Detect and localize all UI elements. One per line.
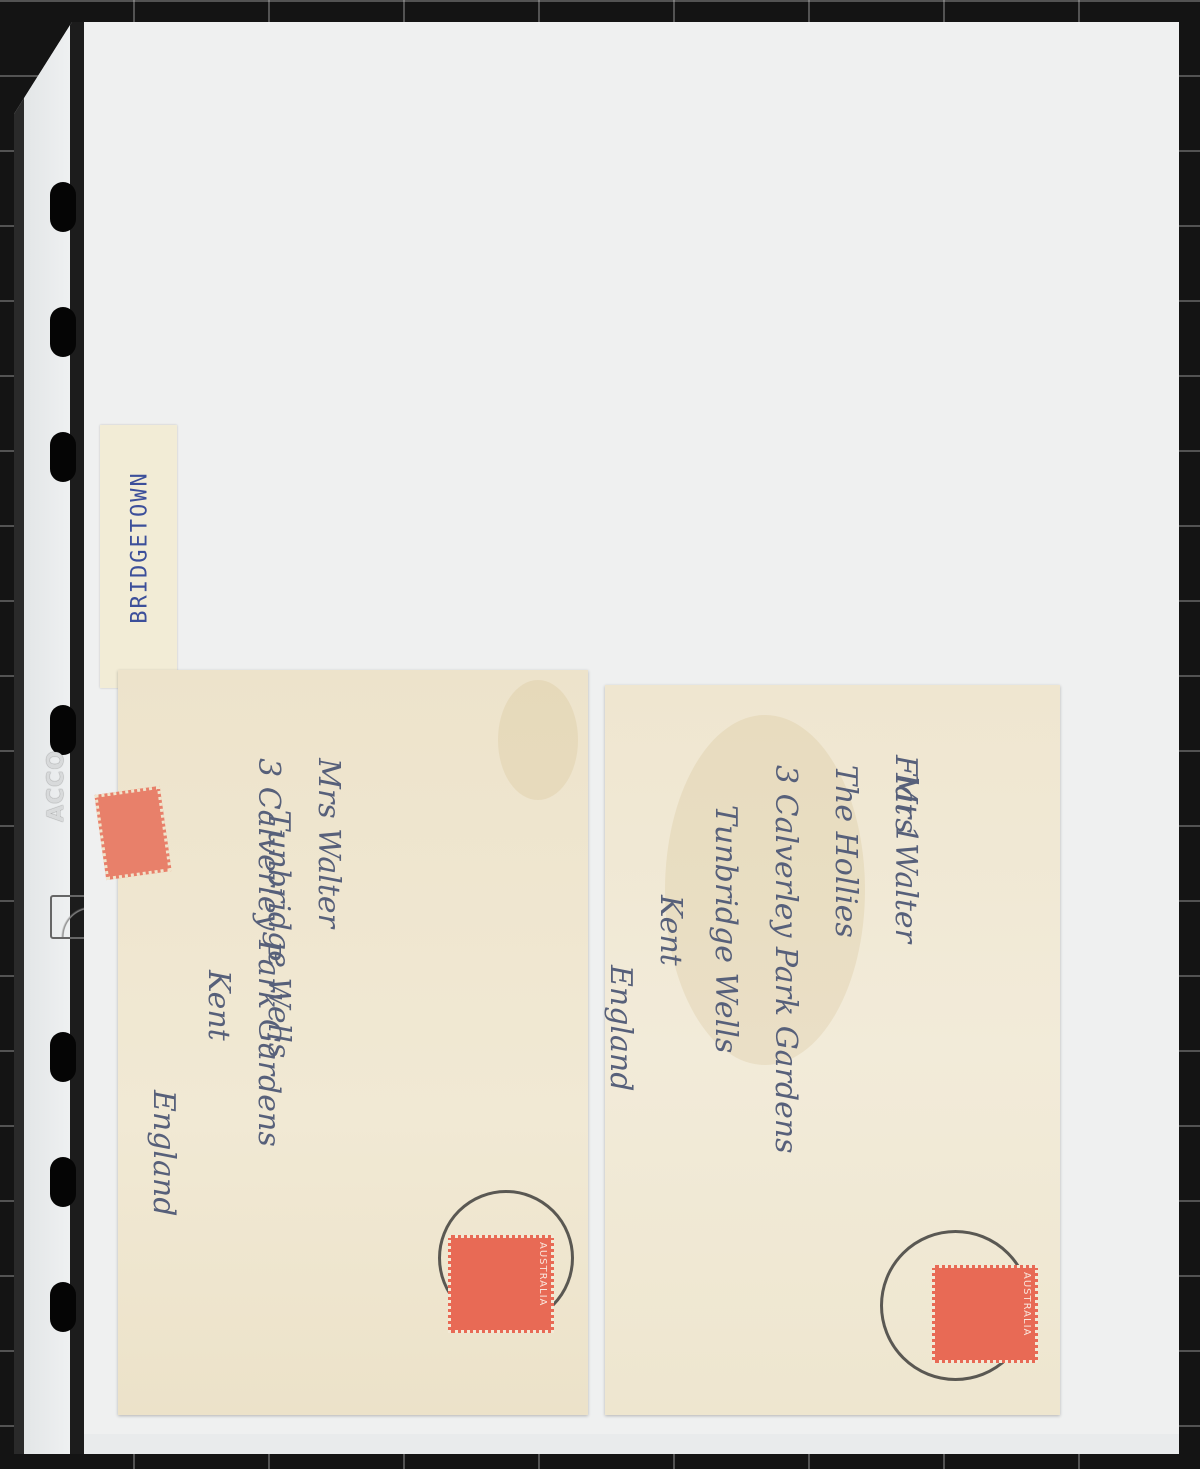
cover-2-county: Kent [640, 895, 700, 966]
stamp: AUSTRALIA [448, 1235, 554, 1333]
stain [498, 680, 578, 800]
cover-1-address-lines: Tunbridge Wells [248, 810, 308, 1058]
punch-hole [50, 1032, 76, 1082]
cover-2-town: Tunbridge Wells [695, 805, 755, 1053]
town-label-text: BRIDGETOWN [128, 458, 153, 638]
punch-hole [50, 1157, 76, 1207]
cover-envelope-1: Mrs Walter 3 Calverley Park Gardens Tunb… [118, 670, 588, 1415]
cover-2-country: England [590, 965, 650, 1091]
punch-hole [50, 1282, 76, 1332]
binder-strip: ACCO [14, 22, 84, 1454]
cover-2-hollies: The Hollies [815, 765, 875, 938]
cover-1-address-kent: Kent [188, 970, 248, 1041]
punch-hole [50, 705, 76, 755]
brand-logo-text: ACCO [44, 750, 69, 822]
punch-hole [50, 182, 76, 232]
cover-2-flat: Flat 1 [875, 755, 935, 844]
town-label: BRIDGETOWN [100, 425, 177, 688]
cover-envelope-2: Mrs Walter Flat 1 The Hollies 3 Calverle… [605, 685, 1060, 1415]
punch-hole [50, 432, 76, 482]
cover-2-street: 3 Calverley Park Gardens [755, 765, 815, 1154]
stamp: AUSTRALIA [932, 1265, 1038, 1363]
punch-hole [50, 307, 76, 357]
cover-1-address-country: England [133, 1090, 193, 1216]
loose-swan-stamp [94, 786, 171, 880]
